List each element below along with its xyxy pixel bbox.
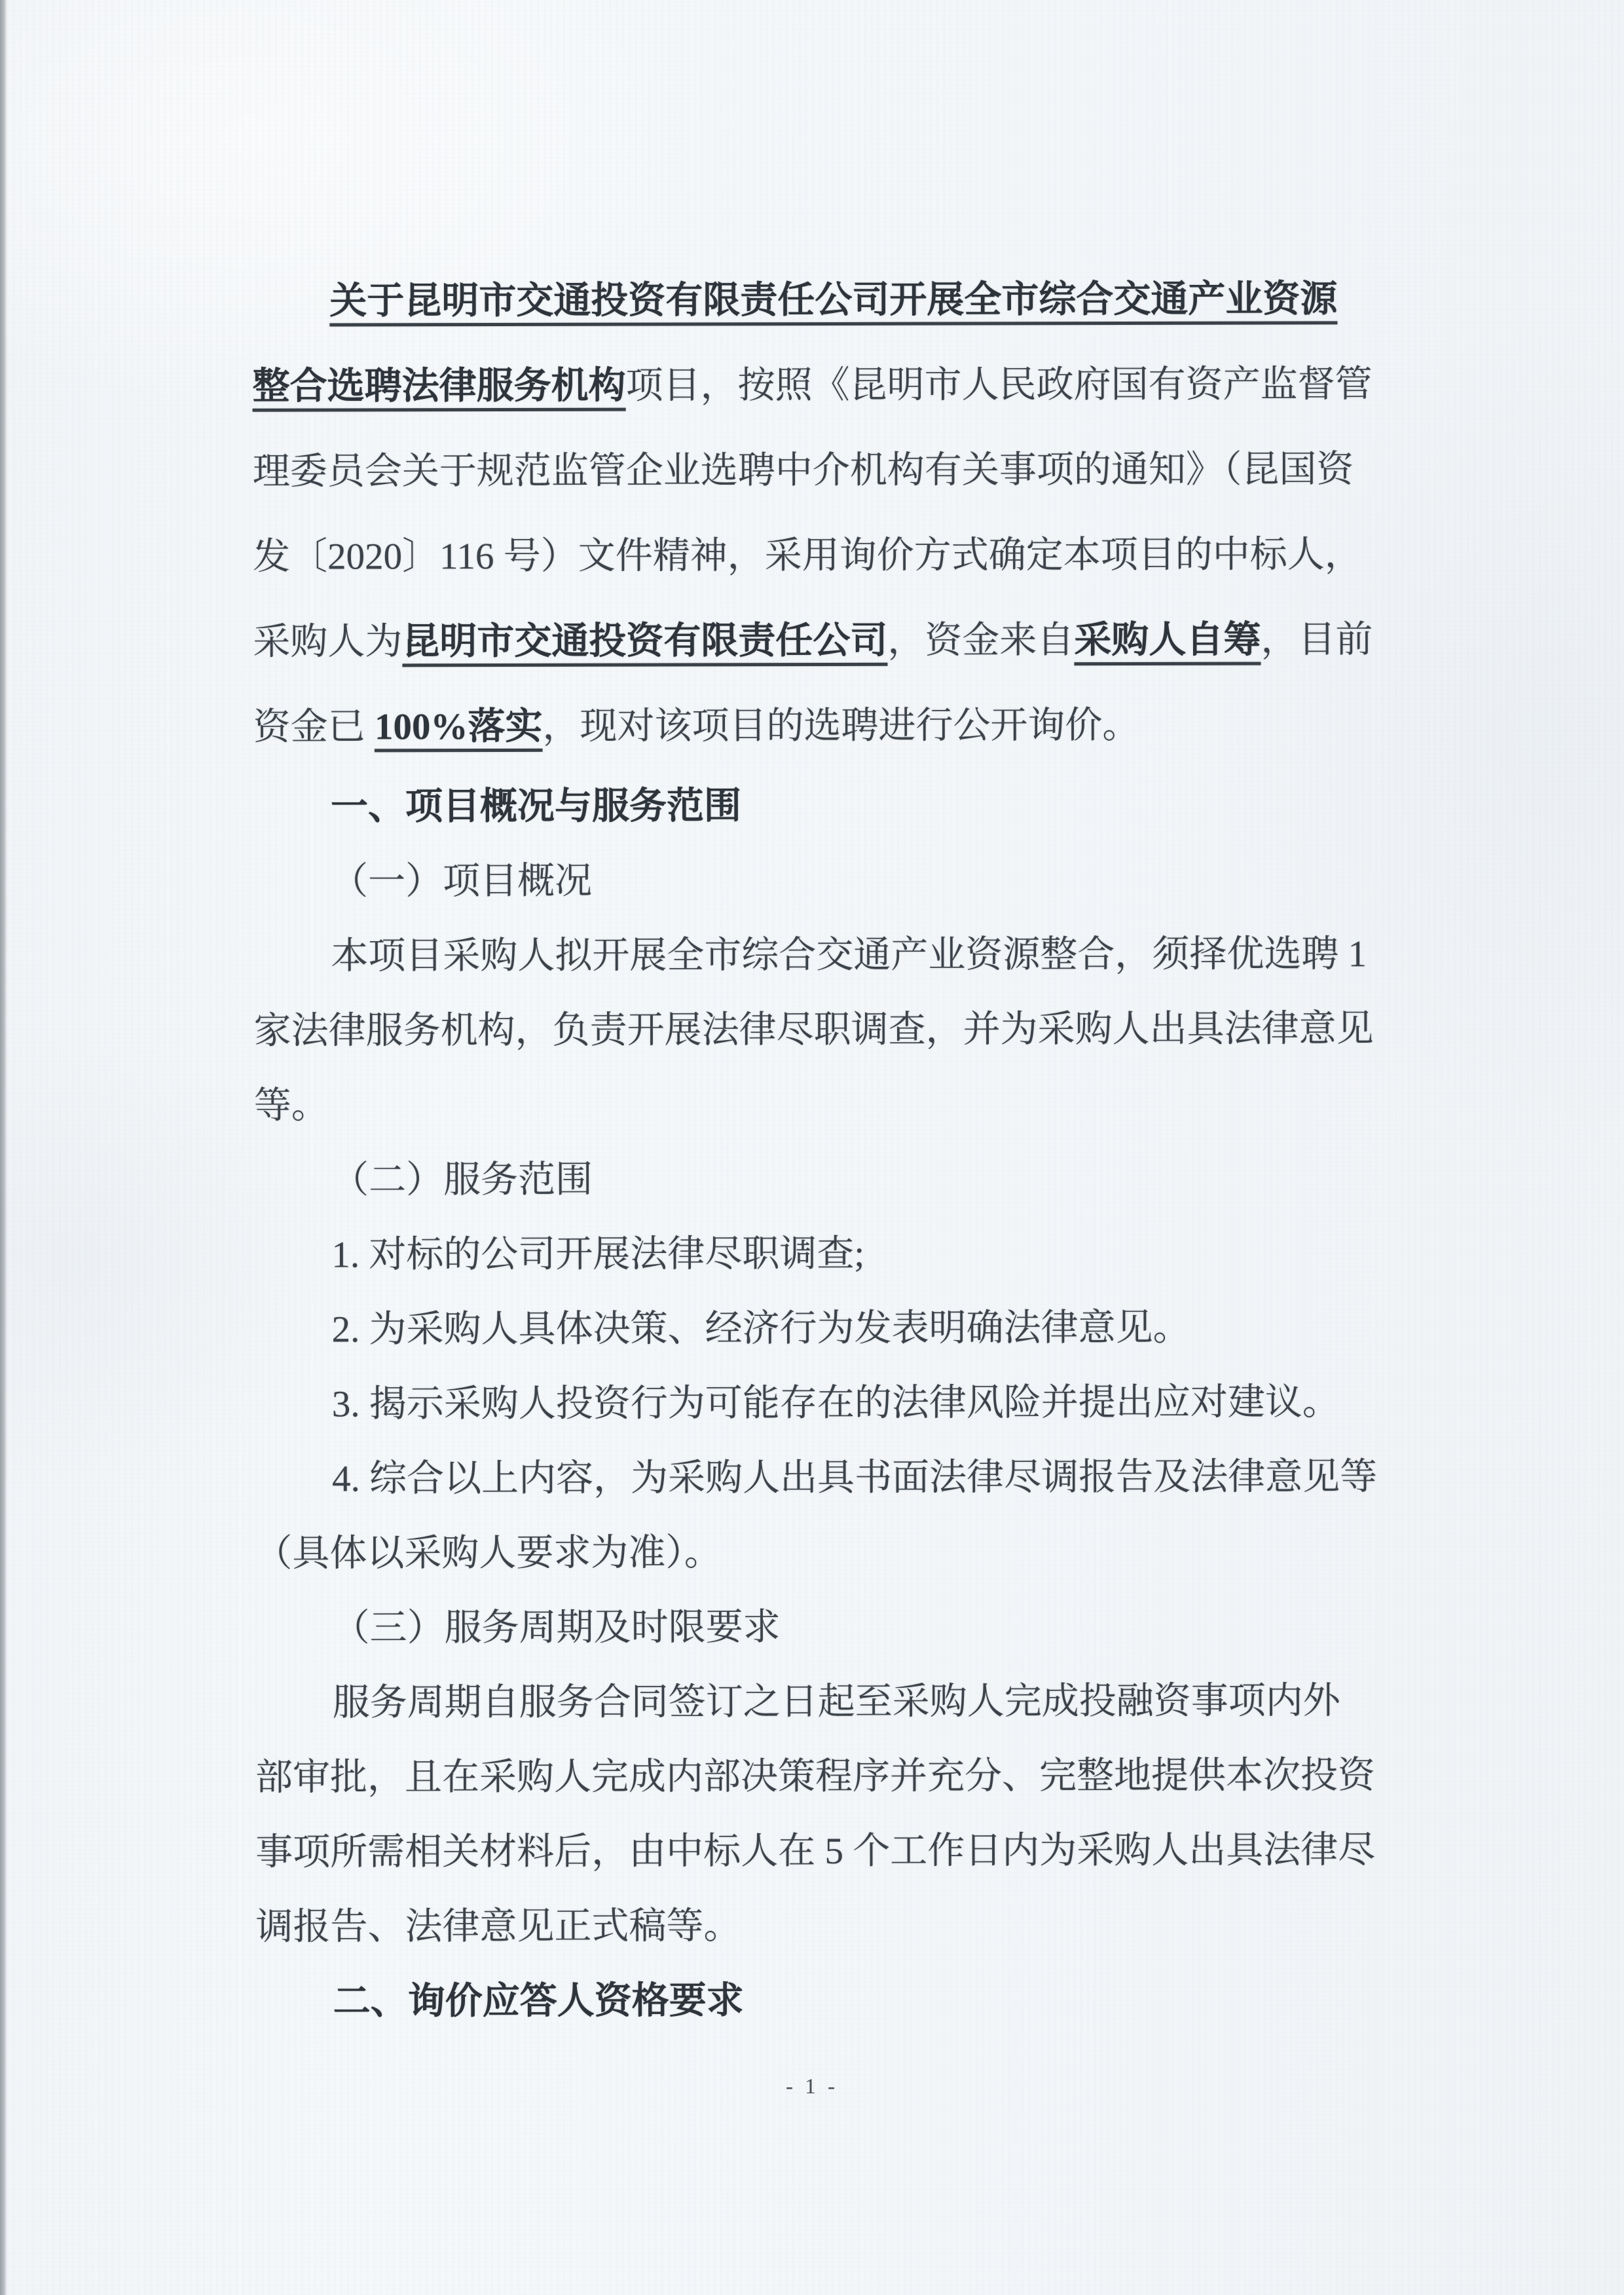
text-segment: 本项目采购人拟开展全市综合交通产业资源整合，须择优选聘 1 bbox=[331, 933, 1367, 977]
text-segment: 调报告、法律意见正式稿等。 bbox=[255, 1905, 741, 1948]
title-emphasis: 整合选聘法律服务机构 bbox=[252, 365, 625, 407]
text-segment: ，现对该项目的选聘进行公开询价。 bbox=[542, 705, 1139, 747]
heading-text: （一）项目概况 bbox=[331, 861, 592, 903]
text-segment: 采购人为 bbox=[253, 621, 402, 662]
heading-text: 一、项目概况与服务范围 bbox=[331, 785, 741, 827]
para3-line-2: 部审批，且在采购人完成内部决策程序并充分、完整地提供本次投资 bbox=[255, 1738, 1379, 1816]
title-emphasis: 关于昆明市交通投资有限责任公司开展全市综合交通产业资源 bbox=[329, 278, 1337, 322]
text-segment: 服务周期自服务合同签订之日起至采购人完成投融资事项内外 bbox=[333, 1680, 1340, 1723]
text-segment: ，目前 bbox=[1261, 619, 1373, 660]
text-segment: 发〔2020〕116 号）文件精神，采用询价方式确定本项目的中标人， bbox=[253, 534, 1362, 578]
subsection-1-2-heading: （二）服务范围 bbox=[254, 1141, 1378, 1218]
funding-percent-emphasis: 100%落实 bbox=[375, 706, 543, 748]
section-2-heading: 二、询价应答人资格要求 bbox=[256, 1962, 1380, 2040]
subsection-1-1-heading: （一）项目概况 bbox=[253, 842, 1377, 920]
para1-line-5: 采购人为昆明市交通投资有限责任公司，资金来自采购人自筹，目前 bbox=[253, 597, 1376, 685]
text-segment: 理委员会关于规范监管企业选聘中介机构有关事项的通知》（昆国资 bbox=[253, 449, 1354, 493]
heading-text: （三）服务周期及时限要求 bbox=[332, 1607, 780, 1649]
text-segment: 事项所需相关材料后，由中标人在 5 个工作日内为采购人出具法律尽 bbox=[255, 1829, 1375, 1873]
page-number: - 1 - bbox=[0, 2075, 1624, 2099]
text-segment: 项目，按照《昆明市人民政府国有资产监督管 bbox=[625, 364, 1372, 406]
text-segment: 1. 对标的公司开展法律尽职调查; bbox=[331, 1233, 864, 1276]
para2-line-3: 等。 bbox=[254, 1066, 1378, 1144]
heading-text: 二、询价应答人资格要求 bbox=[333, 1980, 744, 2022]
service-item-3: 3. 揭示采购人投资行为可能存在的法律风险并提出应对建议。 bbox=[255, 1365, 1378, 1442]
service-item-2: 2. 为采购人具体决策、经济行为发表明确法律意见。 bbox=[254, 1290, 1378, 1368]
scan-edge-artifact bbox=[0, 0, 7, 2295]
scanned-document-page: 关于昆明市交通投资有限责任公司开展全市综合交通产业资源 整合选聘法律服务机构项目… bbox=[0, 0, 1624, 2295]
text-segment: 部审批，且在采购人完成内部决策程序并充分、完整地提供本次投资 bbox=[255, 1755, 1375, 1799]
text-segment: 等。 bbox=[254, 1085, 329, 1127]
para3-line-3: 事项所需相关材料后，由中标人在 5 个工作日内为采购人出具法律尽 bbox=[255, 1813, 1379, 1890]
text-segment: 2. 为采购人具体决策、经济行为发表明确法律意见。 bbox=[332, 1307, 1190, 1351]
text-segment: 家法律服务机构，负责开展法律尽职调查，并为采购人出具法律意见 bbox=[254, 1008, 1374, 1052]
document-body: 关于昆明市交通投资有限责任公司开展全市综合交通产业资源 整合选聘法律服务机构项目… bbox=[252, 257, 1380, 2040]
para3-line-1: 服务周期自服务合同签订之日起至采购人完成投融资事项内外 bbox=[255, 1664, 1379, 1741]
service-item-1: 1. 对标的公司开展法律尽职调查; bbox=[254, 1216, 1378, 1293]
heading-text: （二）服务范围 bbox=[331, 1159, 593, 1201]
text-segment: 资金已 bbox=[253, 706, 375, 747]
text-segment: ，资金来自 bbox=[887, 620, 1074, 662]
para2-line-1: 本项目采购人拟开展全市综合交通产业资源整合，须择优选聘 1 bbox=[253, 917, 1377, 994]
service-item-4: 4. 综合以上内容，为采购人出具书面法律尽调报告及法律意见等 bbox=[255, 1440, 1378, 1517]
section-1-heading: 一、项目概况与服务范围 bbox=[253, 768, 1377, 845]
text-segment: （具体以采购人要求为准）。 bbox=[255, 1532, 722, 1574]
subsection-1-3-heading: （三）服务周期及时限要求 bbox=[255, 1589, 1378, 1666]
service-item-4-continuation: （具体以采购人要求为准）。 bbox=[255, 1514, 1378, 1592]
para1-line-6: 资金已 100%落实，现对该项目的选聘进行公开询价。 bbox=[253, 682, 1377, 770]
title-line-1: 关于昆明市交通投资有限责任公司开展全市综合交通产业资源 bbox=[252, 257, 1376, 345]
para2-line-2: 家法律服务机构，负责开展法律尽职调查，并为采购人出具法律意见 bbox=[254, 992, 1378, 1069]
self-funded-emphasis: 采购人自筹 bbox=[1074, 620, 1261, 662]
title-line-2: 整合选聘法律服务机构项目，按照《昆明市人民政府国有资产监督管 bbox=[252, 342, 1376, 430]
purchaser-name-emphasis: 昆明市交通投资有限责任公司 bbox=[402, 620, 887, 663]
text-segment: 3. 揭示采购人投资行为可能存在的法律风险并提出应对建议。 bbox=[332, 1381, 1340, 1425]
para1-line-4: 发〔2020〕116 号）文件精神，采用询价方式确定本项目的中标人， bbox=[253, 512, 1376, 600]
para1-line-3: 理委员会关于规范监管企业选聘中介机构有关事项的通知》（昆国资 bbox=[253, 427, 1376, 515]
text-segment: 4. 综合以上内容，为采购人出具书面法律尽调报告及法律意见等 bbox=[332, 1456, 1377, 1499]
para3-line-4: 调报告、法律意见正式稿等。 bbox=[255, 1888, 1379, 1965]
